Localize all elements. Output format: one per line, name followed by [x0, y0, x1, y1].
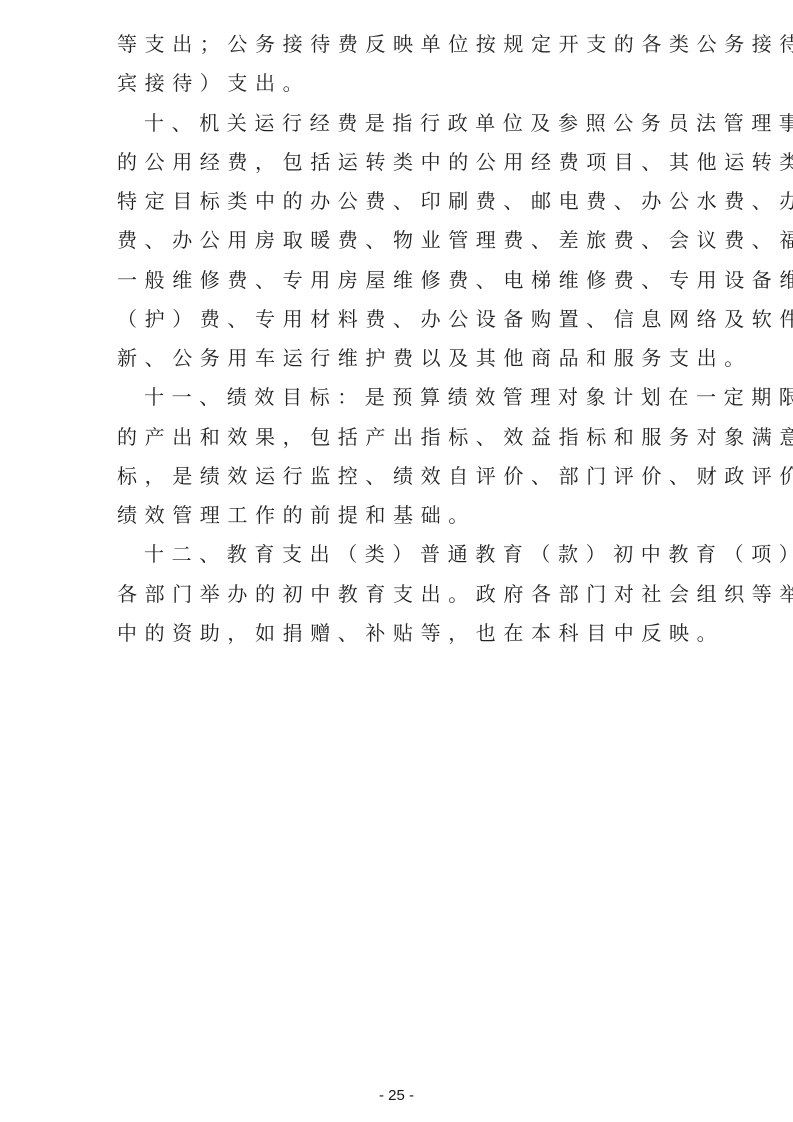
paragraph-item-11: 十一、绩效目标：是预算绩效管理对象计划在一定期限内达到 的产出和效果，包括产出指…: [117, 378, 677, 535]
document-page: 等支出；公务接待费反映单位按规定开支的各类公务接待（含外 宾接待）支出。 十、机…: [0, 0, 793, 1122]
body-text: 等支出；公务接待费反映单位按规定开支的各类公务接待（含外 宾接待）支出。 十、机…: [117, 25, 677, 653]
text-line: 十一、绩效目标：是预算绩效管理对象计划在一定期限内达到: [117, 378, 677, 417]
paragraph-item-12: 十二、教育支出（类）普通教育（款）初中教育（项）：反映 各部门举办的初中教育支出…: [117, 535, 677, 653]
page-number: - 25 -: [0, 1087, 793, 1104]
text-line: 一般维修费、专用房屋维修费、电梯维修费、专用设备维修: [117, 261, 677, 300]
text-line: 的公用经费，包括运转类中的公用经费项目、其他运转类项目和: [117, 143, 677, 182]
text-line: 等支出；公务接待费反映单位按规定开支的各类公务接待（含外: [117, 25, 677, 64]
text-line: （护）费、专用材料费、办公设备购置、信息网络及软件购置更: [117, 300, 677, 339]
text-line: 新、公务用车运行维护费以及其他商品和服务支出。: [117, 339, 677, 378]
paragraph-item-10: 十、机关运行经费是指行政单位及参照公务员法管理事业单位 的公用经费，包括运转类中…: [117, 104, 677, 379]
text-line: 各部门举办的初中教育支出。政府各部门对社会组织等举办的初: [117, 575, 677, 614]
text-line: 中的资助，如捐赠、补贴等，也在本科目中反映。: [117, 614, 677, 653]
text-line: 宾接待）支出。: [117, 64, 677, 103]
text-line: 特定目标类中的办公费、印刷费、邮电费、办公水费、办公电: [117, 182, 677, 221]
text-line: 绩效管理工作的前提和基础。: [117, 496, 677, 535]
text-line: 十二、教育支出（类）普通教育（款）初中教育（项）：反映: [117, 535, 677, 574]
paragraph-continued: 等支出；公务接待费反映单位按规定开支的各类公务接待（含外 宾接待）支出。: [117, 25, 677, 104]
text-line: 费、办公用房取暖费、物业管理费、差旅费、会议费、福利费、: [117, 221, 677, 260]
text-line: 标，是绩效运行监控、绩效自评价、部门评价、财政评价等预算: [117, 457, 677, 496]
text-line: 十、机关运行经费是指行政单位及参照公务员法管理事业单位: [117, 104, 677, 143]
text-line: 的产出和效果，包括产出指标、效益指标和服务对象满意度指: [117, 418, 677, 457]
